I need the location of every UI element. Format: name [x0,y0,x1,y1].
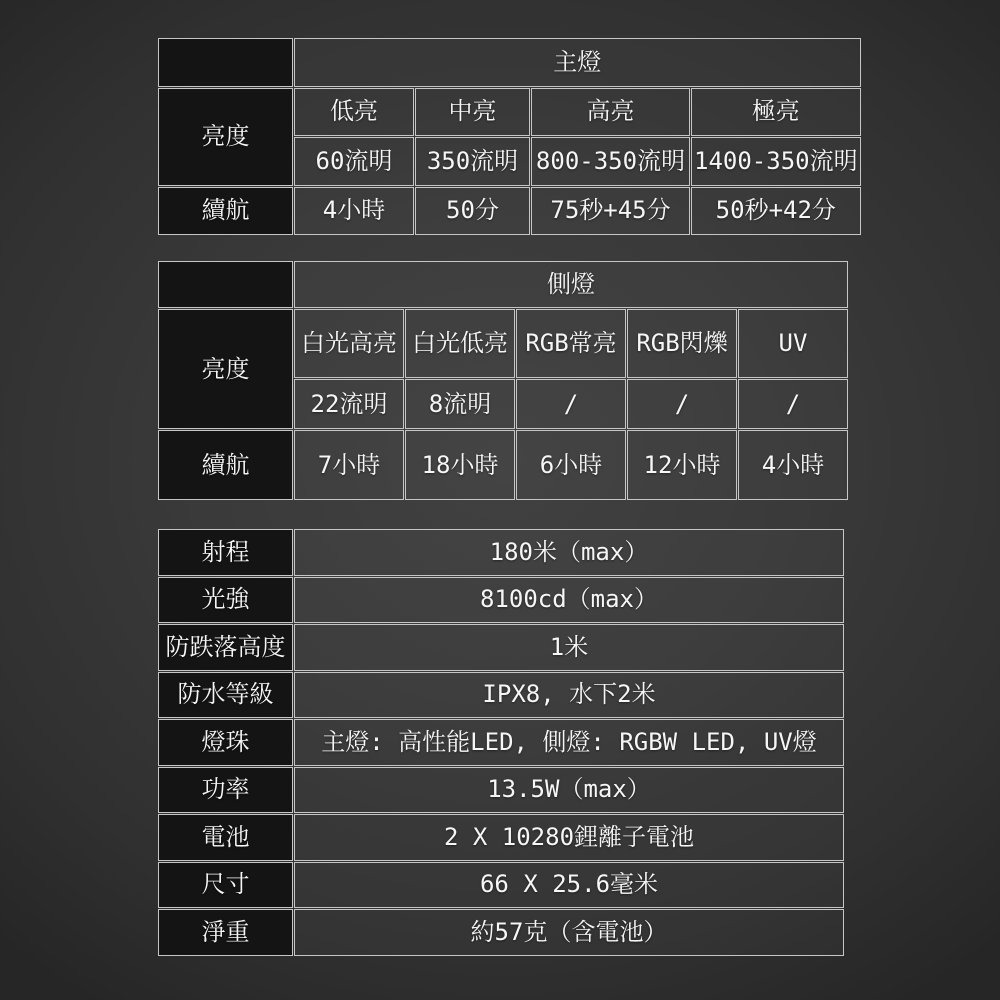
runtime-cell: 4小時 [738,430,848,500]
spec-value-cell: 180米（max） [294,529,844,576]
product-spec-sheet: 主燈 亮度 低亮 中亮 高亮 極亮 60流明 350流明 800-350流明 1… [0,0,1000,1000]
mode-header-cell: 中亮 [415,88,530,137]
spec-value-cell: 2 X 10280鋰離子電池 [294,814,844,861]
mode-header-cell: 白光低亮 [405,309,515,378]
main-light-table: 主燈 亮度 低亮 中亮 高亮 極亮 60流明 350流明 800-350流明 1… [157,37,862,236]
runtime-cell: 6小時 [516,430,626,500]
mode-header-cell: 高亮 [531,88,690,137]
spec-label-cell: 射程 [158,529,293,576]
lumens-cell: / [627,379,737,429]
lumens-cell: 60流明 [294,137,414,186]
mode-header-cell: RGB常亮 [516,309,626,378]
runtime-cell: 18小時 [405,430,515,500]
side-light-table: 側燈 亮度 白光高亮 白光低亮 RGB常亮 RGB閃爍 UV 22流明 8流明 … [157,260,849,501]
spec-value-cell: 66 X 25.6毫米 [294,862,844,909]
spec-label-cell: 尺寸 [158,862,293,909]
runtime-cell: 50秒+42分 [691,187,861,236]
table-row: 功率 13.5W（max） [158,767,844,814]
spec-label-cell: 燈珠 [158,719,293,766]
spec-value-cell: 主燈: 高性能LED, 側燈: RGBW LED, UV燈 [294,719,844,766]
lumens-cell: 800-350流明 [531,137,690,186]
specs-table: 射程 180米（max） 光強 8100cd（max） 防跌落高度 1米 防水等… [157,528,845,957]
table-row: 防水等級 IPX8, 水下2米 [158,672,844,719]
table-row: 燈珠 主燈: 高性能LED, 側燈: RGBW LED, UV燈 [158,719,844,766]
table-row: 光強 8100cd（max） [158,577,844,624]
spec-label-cell: 防水等級 [158,672,293,719]
spec-label-cell: 淨重 [158,909,293,956]
spec-label-cell: 功率 [158,767,293,814]
mode-header-cell: RGB閃爍 [627,309,737,378]
lumens-cell: 1400-350流明 [691,137,861,186]
runtime-cell: 4小時 [294,187,414,236]
brightness-row-label: 亮度 [158,88,293,186]
corner-cell [158,38,293,87]
lumens-cell: 22流明 [294,379,404,429]
spec-label-cell: 防跌落高度 [158,624,293,671]
runtime-cell: 75秒+45分 [531,187,690,236]
runtime-row-label: 續航 [158,187,293,236]
table-row: 射程 180米（max） [158,529,844,576]
table-title: 側燈 [294,261,848,308]
table-title: 主燈 [294,38,861,87]
mode-header-cell: 低亮 [294,88,414,137]
spec-label-cell: 電池 [158,814,293,861]
lumens-cell: 8流明 [405,379,515,429]
spec-value-cell: 約57克（含電池） [294,909,844,956]
lumens-cell: / [516,379,626,429]
spec-value-cell: 13.5W（max） [294,767,844,814]
mode-header-cell: UV [738,309,848,378]
lumens-cell: 350流明 [415,137,530,186]
corner-cell [158,261,293,308]
lumens-cell: / [738,379,848,429]
table-row: 防跌落高度 1米 [158,624,844,671]
spec-label-cell: 光強 [158,577,293,624]
table-row: 淨重 約57克（含電池） [158,909,844,956]
spec-value-cell: 1米 [294,624,844,671]
table-row: 電池 2 X 10280鋰離子電池 [158,814,844,861]
runtime-cell: 50分 [415,187,530,236]
spec-value-cell: 8100cd（max） [294,577,844,624]
mode-header-cell: 白光高亮 [294,309,404,378]
spec-value-cell: IPX8, 水下2米 [294,672,844,719]
table-row: 尺寸 66 X 25.6毫米 [158,862,844,909]
mode-header-cell: 極亮 [691,88,861,137]
brightness-row-label: 亮度 [158,309,293,429]
runtime-row-label: 續航 [158,430,293,500]
runtime-cell: 7小時 [294,430,404,500]
runtime-cell: 12小時 [627,430,737,500]
